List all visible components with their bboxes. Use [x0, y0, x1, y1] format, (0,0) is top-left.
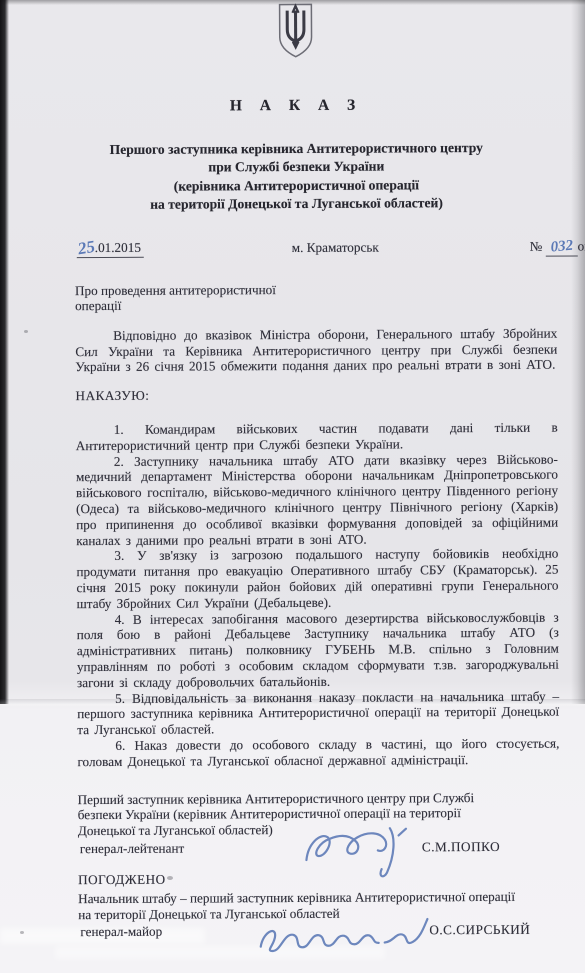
number-sign: № — [530, 238, 543, 253]
handwritten-number: 032 — [548, 238, 576, 256]
scanned-order-document: Н А К А З Першого заступника керівника А… — [0, 0, 585, 973]
signer-position-line: Начальник штабу – перший заступник керів… — [78, 888, 560, 906]
signature-block-syrskyi: Начальник штабу – перший заступник керів… — [78, 888, 560, 943]
date-rest: .01.2015 — [95, 240, 141, 255]
subtitle-line: (керівника Антитерористичної операції — [55, 176, 537, 197]
subtitle-line: Першого заступника керівника Антитерорис… — [55, 139, 537, 160]
subtitle-line: при Службі безпеки України — [55, 157, 537, 178]
order-subtitle: Першого заступника керівника Антитерорис… — [55, 139, 537, 216]
dateline: 25.01.2015 м. Краматорськ № 032ог — [75, 236, 557, 261]
popko-signature — [298, 817, 433, 887]
order-number: № 032ог — [530, 238, 585, 256]
signature-row: генерал-лейтенант С.М.ПОПКО — [78, 838, 560, 861]
order-place: м. Краматорськ — [292, 239, 379, 255]
intro-paragraph: Відповідно до вказівок Міністра оборони,… — [75, 325, 557, 375]
signer-name: С.М.ПОПКО — [422, 839, 500, 855]
subject-line: операції — [75, 296, 557, 314]
order-item-3: 3. У зв'язку із загрозою подальшого наст… — [76, 546, 558, 612]
signature-block-popko: Перший заступник керівника Антитерористи… — [78, 789, 560, 860]
handwritten-day: 25 — [77, 239, 96, 257]
order-word: НАКАЗУЮ: — [75, 386, 557, 404]
signature-row: генерал-майор О.С.СИРСЬКИЙ — [78, 921, 560, 944]
document-body: Н А К А З Першого заступника керівника А… — [0, 0, 585, 973]
signer-name: О.С.СИРСЬКИЙ — [429, 922, 530, 938]
subtitle-line: на території Донецької та Луганської обл… — [55, 194, 537, 215]
signer-rank: генерал-майор — [80, 924, 162, 940]
order-subject: Про проведення антитерористичної операці… — [75, 280, 557, 314]
syrskyi-signature — [255, 911, 437, 965]
number-suffix: ог — [578, 238, 585, 253]
order-items: 1. Командирам військових частин подавати… — [76, 420, 560, 770]
ukraine-tryzub-icon — [272, 3, 318, 59]
number-blank: 032 — [546, 238, 578, 256]
order-item-5: 5. Відповідальність за виконання наказу … — [77, 688, 559, 738]
order-item-2: 2. Заступнику начальника штабу АТО дати … — [76, 451, 558, 548]
order-title: Н А К А З — [55, 97, 537, 115]
order-item-6: 6. Наказ довести до особового складу в ч… — [77, 736, 559, 770]
signer-rank: генерал-лейтенант — [80, 840, 184, 856]
order-item-4: 4. В інтересах запобігання масового дезе… — [77, 609, 559, 691]
emblem-wrap — [54, 2, 536, 61]
order-item-1: 1. Командирам військових частин подавати… — [76, 420, 558, 454]
order-date: 25.01.2015 — [77, 239, 144, 258]
